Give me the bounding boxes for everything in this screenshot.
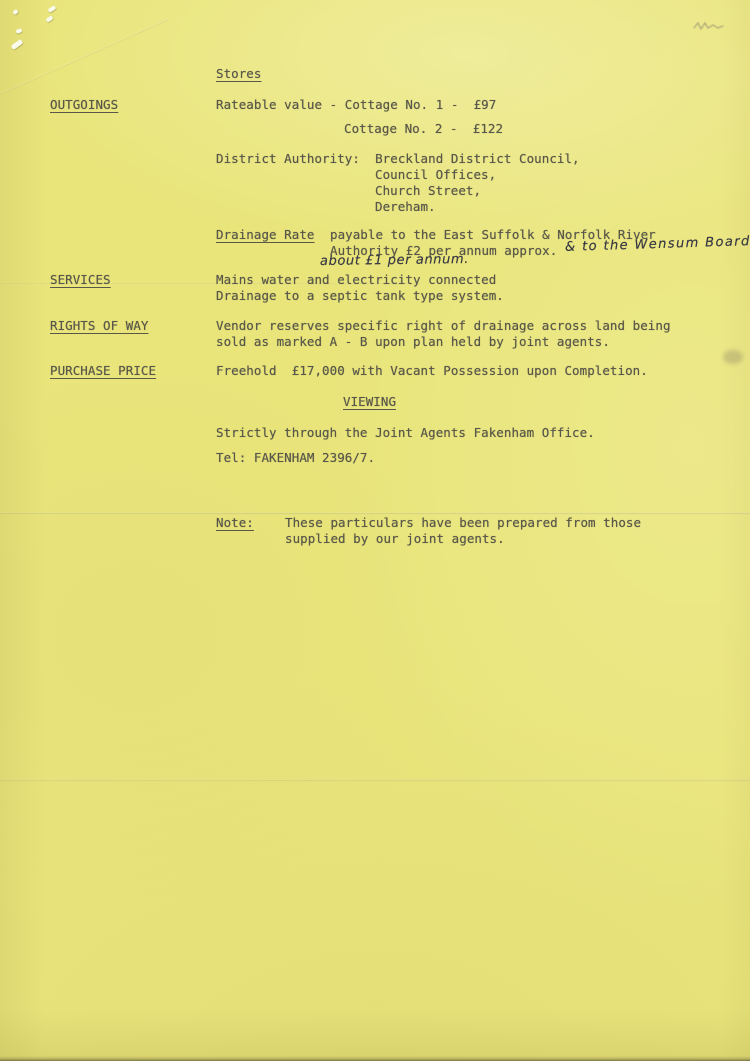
rateable-value-line-2: Cottage No. 2 - £122 <box>344 121 503 137</box>
viewing-telephone: Tel: FAKENHAM 2396/7. <box>216 450 375 466</box>
outgoings-label: OUTGOINGS <box>50 97 118 113</box>
rights-of-way-line-2: sold as marked A - B upon plan held by j… <box>216 334 610 350</box>
paper-crease <box>0 19 168 98</box>
rights-of-way-label: RIGHTS OF WAY <box>50 318 148 334</box>
services-label: SERVICES <box>50 272 111 288</box>
staple-hole <box>15 28 22 34</box>
note-line-1: These particulars have been prepared fro… <box>285 515 641 531</box>
note-label: Note: <box>216 515 254 531</box>
staple-hole <box>12 9 18 15</box>
viewing-line-1: Strictly through the Joint Agents Fakenh… <box>216 425 595 441</box>
paper-crease <box>0 779 750 782</box>
ink-smudge <box>723 350 743 364</box>
pencil-scribble <box>692 18 726 34</box>
district-authority-line-3: Church Street, <box>375 183 481 199</box>
services-line-1: Mains water and electricity connected <box>216 272 496 288</box>
district-authority-line-2: Council Offices, <box>375 167 496 183</box>
drainage-rate-label: Drainage Rate <box>216 227 314 243</box>
viewing-heading: VIEWING <box>343 394 396 410</box>
note-line-2: supplied by our joint agents. <box>285 531 505 547</box>
staple-hole <box>48 5 57 13</box>
staple-hole <box>45 15 53 22</box>
rateable-value-line-1: Rateable value - Cottage No. 1 - £97 <box>216 97 496 113</box>
document-paper: Stores OUTGOINGS Rateable value - Cottag… <box>0 0 750 1061</box>
rights-of-way-line-1: Vendor reserves specific right of draina… <box>216 318 671 334</box>
handwritten-annotation-line-2: about £1 per annum. <box>320 252 469 269</box>
district-authority-line-1: District Authority: Breckland District C… <box>216 151 580 167</box>
purchase-price-line-1: Freehold £17,000 with Vacant Possession … <box>216 363 648 379</box>
services-line-2: Drainage to a septic tank type system. <box>216 288 504 304</box>
property-heading: Stores <box>216 66 261 82</box>
paper-bottom-edge <box>0 1056 750 1061</box>
district-authority-line-4: Dereham. <box>375 199 436 215</box>
purchase-price-label: PURCHASE PRICE <box>50 363 156 379</box>
staple-hole <box>11 39 24 50</box>
